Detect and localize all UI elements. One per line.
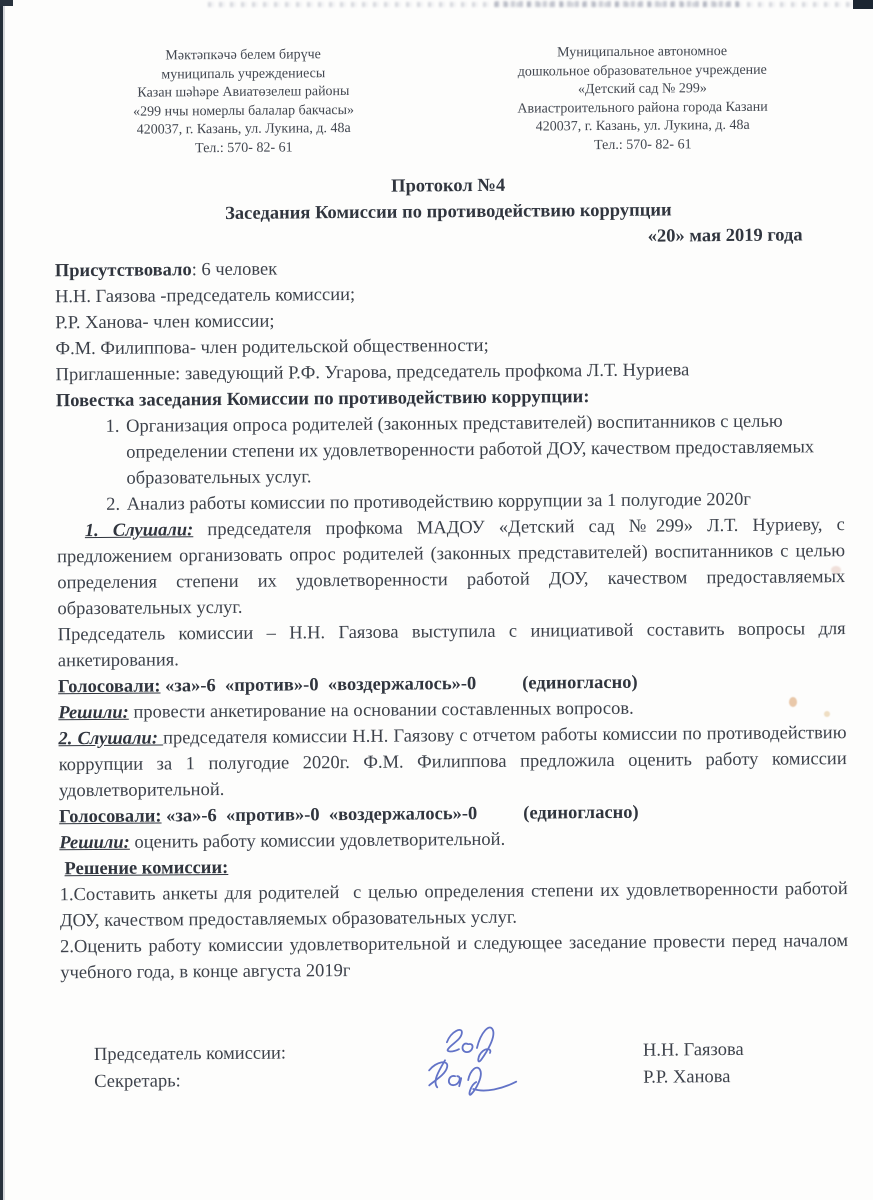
heard-2-paragraph: 2. Слушали: председателя комиссии Н.Н. Г…	[58, 720, 847, 804]
document-content: Мәктәпкәчә белем бирүче муниципаль учреж…	[0, 0, 873, 1097]
resolved-2-text: оценить работу комиссии удовлетворительн…	[130, 830, 506, 853]
signature-names: Н.Н. Гаязова Р.Р. Ханова	[643, 1037, 744, 1092]
vote-1-label: Голосовали:	[58, 676, 161, 697]
signature-stroke	[473, 1082, 516, 1091]
scanned-document-page: Мәктәпкәчә белем бирүче муниципаль учреж…	[0, 0, 873, 1200]
vote-2-label: Голосовали:	[59, 806, 162, 827]
resolved-2-label: Решили:	[59, 833, 130, 854]
signature-stroke	[477, 1027, 494, 1061]
document-title-block: Протокол №4 Заседания Комиссии по против…	[54, 170, 843, 254]
agenda-item: Организация опроса родителей (законных п…	[124, 408, 845, 492]
heard-2-text: председателя комиссии Н.Н. Гаязову с отч…	[59, 723, 852, 801]
meeting-date: «20» мая 2019 года	[54, 222, 842, 254]
signature-stroke	[468, 1068, 481, 1095]
chairman-role-label: Председатель комиссии:	[94, 1041, 286, 1070]
decision-item: 1.Составить анкеты для родителей с целью…	[60, 876, 848, 934]
resolved-1-label: Решили:	[58, 703, 129, 724]
heard-1-label: 1. Слушали:	[85, 520, 194, 541]
heard-2-label: 2. Слушали:	[58, 728, 163, 749]
signature-stroke	[429, 1062, 447, 1085]
signature-roles: Председатель комиссии: Секретарь:	[94, 1041, 286, 1097]
agenda-list: Организация опроса родителей (законных п…	[56, 408, 845, 518]
signature-stroke	[447, 1030, 462, 1052]
vote-1-results: «за»-6 «против»-0 «воздержалось»-0	[160, 674, 476, 696]
document-body: Присутствовало: 6 человек Н.Н. Гаязова -…	[55, 252, 849, 986]
letterhead: Мәктәпкәчә белем бирүче муниципаль учреж…	[53, 42, 842, 159]
letterhead-phone: Тел.: 570- 82- 61	[68, 138, 420, 159]
letterhead-phone: Тел.: 570- 82- 61	[444, 135, 842, 157]
chairman-name: Н.Н. Гаязова	[643, 1037, 744, 1065]
vote-2-results: «за»-6 «против»-0 «воздержалось»-0	[161, 804, 477, 826]
vote-2-unanimous: (единогласно)	[523, 803, 639, 824]
attendance-label: Присутствовало	[55, 260, 192, 281]
resolved-1-text: провести анкетирование на основании сост…	[129, 699, 634, 723]
signature-stroke	[435, 1060, 445, 1087]
signature-stroke	[462, 1044, 472, 1053]
letterhead-tatar: Мәктәпкәчә белем бирүче муниципаль учреж…	[67, 45, 420, 159]
chair-initiative-paragraph: Председатель комиссии – Н.Н. Гаязова выс…	[58, 616, 846, 674]
letterhead-russian: Муниципальное автономное дошкольное обра…	[443, 42, 842, 156]
vote-1-unanimous: (единогласно)	[522, 673, 638, 694]
secretary-name: Р.Р. Ханова	[643, 1064, 744, 1092]
decision-item: 2.Оценить работу комиссии удовлетворител…	[60, 928, 848, 986]
heard-1-paragraph: 1. Слушали: председателя профкома МАДОУ …	[57, 512, 846, 622]
handwritten-signatures-ink	[413, 1014, 544, 1115]
secretary-role-label: Секретарь:	[94, 1068, 286, 1097]
attendance-count: : 6 человек	[192, 260, 278, 281]
signature-block: Председатель комиссии: Секретарь: Н.Н. Г…	[61, 1036, 849, 1096]
signature-stroke	[449, 1076, 461, 1086]
